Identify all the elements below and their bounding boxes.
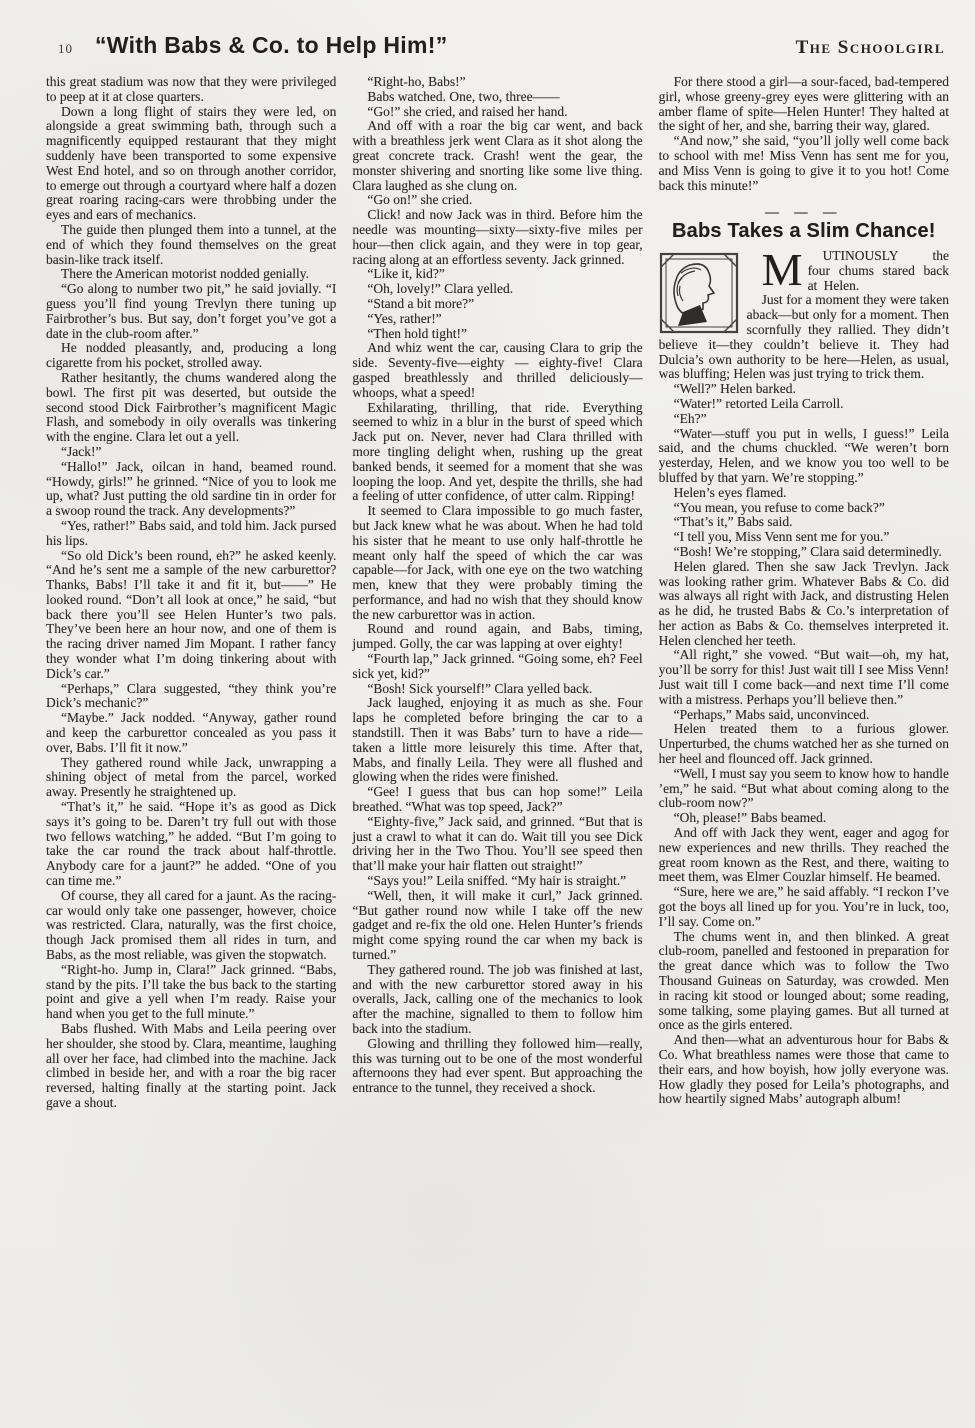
story-paragraph: The guide then plunged them into a tunne… [46, 223, 336, 267]
story-paragraph: Helen’s eyes flamed. [659, 486, 949, 501]
column-1: this great stadium was now that they wer… [46, 75, 336, 1407]
story-paragraph: There the American motorist nodded genia… [46, 267, 336, 282]
story-paragraph: “Well, then, it will make it curl,” Jack… [352, 889, 642, 963]
magazine-page: 10 “With Babs & Co. to Help Him!” The Sc… [0, 0, 975, 1428]
story-paragraph: “Says you!” Leila sniffed. “My hair is s… [352, 874, 642, 889]
story-paragraph: “That’s it,” he said. “Hope it’s as good… [46, 800, 336, 889]
opening-text: UTINOUSLY the four chums stared back at … [808, 248, 949, 293]
story-paragraph: Rather hesitantly, the chums wandered al… [46, 371, 336, 445]
story-paragraph: “Yes, rather!” Babs said, and told him. … [46, 519, 336, 549]
story-paragraph: Click! and now Jack was in third. Before… [352, 208, 642, 267]
story-paragraph: Jack laughed, enjoying it as much as she… [352, 696, 642, 785]
story-paragraph: Of course, they all cared for a jaunt. A… [46, 889, 336, 963]
story-paragraph: Round and round again, and Babs, timing,… [352, 622, 642, 652]
story-paragraph: “Gee! I guess that bus can hop some!” Le… [352, 785, 642, 815]
story-paragraph: “Sure, here we are,” he said affably. “I… [659, 885, 949, 929]
story-paragraph: “Right-ho. Jump in, Clara!” Jack grinned… [46, 963, 336, 1022]
story-paragraph: And off with Jack they went, eager and a… [659, 826, 949, 885]
section-body: MUTINOUSLY the four chums stared back at… [659, 249, 949, 1107]
column-2: “Right-ho, Babs!”Babs watched. One, two,… [352, 75, 642, 1407]
story-paragraph: “Bosh! Sick yourself!” Clara yelled back… [352, 682, 642, 697]
page-number: 10 [58, 41, 73, 57]
story-paragraph: He nodded pleasantly, and, producing a l… [46, 341, 336, 371]
story-paragraph: “Oh, lovely!” Clara yelled. [352, 282, 642, 297]
section-divider: — — — [659, 205, 949, 220]
magazine-title: The Schoolgirl [796, 37, 949, 59]
story-paragraph: It seemed to Clara impossible to go much… [352, 504, 642, 622]
story-paragraph: “Maybe.” Jack nodded. “Anyway, gather ro… [46, 711, 336, 755]
story-paragraph: “I tell you, Miss Venn sent me for you.” [659, 530, 949, 545]
story-paragraph: And then—what an adventurous hour for Ba… [659, 1033, 949, 1107]
story-paragraph: “Eighty-five,” Jack said, and grinned. “… [352, 815, 642, 874]
story-paragraph: “You mean, you refuse to come back?” [659, 501, 949, 516]
story-paragraph: “Hallo!” Jack, oilcan in hand, beamed ro… [46, 460, 336, 519]
story-paragraph: “Perhaps,” Clara suggested, “they think … [46, 682, 336, 712]
text-columns: this great stadium was now that they wer… [46, 75, 949, 1407]
story-paragraph: “So old Dick’s been round, eh?” he asked… [46, 549, 336, 682]
story-paragraph: “And now,” she said, “you’ll jolly well … [659, 134, 949, 193]
story-paragraph: Helen treated them to a furious glower. … [659, 722, 949, 766]
story-paragraph: “Right-ho, Babs!” [352, 75, 642, 90]
story-paragraph: “Well, I must say you seem to know how t… [659, 767, 949, 811]
story-paragraph: The chums went in, and then blinked. A g… [659, 930, 949, 1034]
story-paragraph: They gathered round while Jack, unwrappi… [46, 756, 336, 800]
column-3: For there stood a girl—a sour-faced, bad… [659, 75, 949, 1407]
story-paragraph: Exhilarating, thrilling, that ride. Ever… [352, 401, 642, 505]
story-paragraph: “Jack!” [46, 445, 336, 460]
story-paragraph: “Fourth lap,” Jack grinned. “Going some,… [352, 652, 642, 682]
story-paragraph: And off with a roar the big car went, an… [352, 119, 642, 193]
story-paragraph: “Water!” retorted Leila Carroll. [659, 397, 949, 412]
story-paragraph: “That’s it,” Babs said. [659, 515, 949, 530]
story-paragraph: this great stadium was now that they wer… [46, 75, 336, 105]
section-heading: Babs Takes a Slim Chance! [659, 224, 949, 239]
story-paragraph: “Bosh! We’re stopping,” Clara said deter… [659, 545, 949, 560]
story-paragraph: Down a long flight of stairs they were l… [46, 105, 336, 223]
page-header: 10 “With Babs & Co. to Help Him!” The Sc… [58, 32, 949, 59]
story-paragraph: “All right,” she vowed. “But wait—oh, my… [659, 648, 949, 707]
story-paragraph: And whiz went the car, causing Clara to … [352, 341, 642, 400]
story-paragraph: “Well?” Helen barked. [659, 382, 949, 397]
portrait-illustration [659, 252, 739, 334]
column-3-top: For there stood a girl—a sour-faced, bad… [659, 75, 949, 193]
story-paragraph: “Go!” she cried, and raised her hand. [352, 105, 642, 120]
story-paragraph: For there stood a girl—a sour-faced, bad… [659, 75, 949, 134]
story-paragraph: Helen glared. Then she saw Jack Trevlyn.… [659, 560, 949, 649]
story-paragraph: “Perhaps,” Mabs said, unconvinced. [659, 708, 949, 723]
story-paragraph: Babs flushed. With Mabs and Leila peerin… [46, 1022, 336, 1111]
story-paragraph: Glowing and thrilling they followed him—… [352, 1037, 642, 1096]
dropcap-letter: M [747, 249, 808, 288]
story-paragraph: “Go on!” she cried. [352, 193, 642, 208]
story-paragraph: “Like it, kid?” [352, 267, 642, 282]
story-paragraph: Babs watched. One, two, three—— [352, 90, 642, 105]
story-paragraph: “Stand a bit more?” [352, 297, 642, 312]
story-paragraph: They gathered round. The job was finishe… [352, 963, 642, 1037]
story-paragraph: “Eh?” [659, 412, 949, 427]
story-paragraph: “Then hold tight!” [352, 327, 642, 342]
story-paragraph: “Yes, rather!” [352, 312, 642, 327]
story-title: “With Babs & Co. to Help Him!” [95, 32, 448, 59]
story-paragraph: “Go along to number two pit,” he said jo… [46, 282, 336, 341]
story-paragraph: “Water—stuff you put in wells, I guess!”… [659, 427, 949, 486]
story-paragraph: “Oh, please!” Babs beamed. [659, 811, 949, 826]
